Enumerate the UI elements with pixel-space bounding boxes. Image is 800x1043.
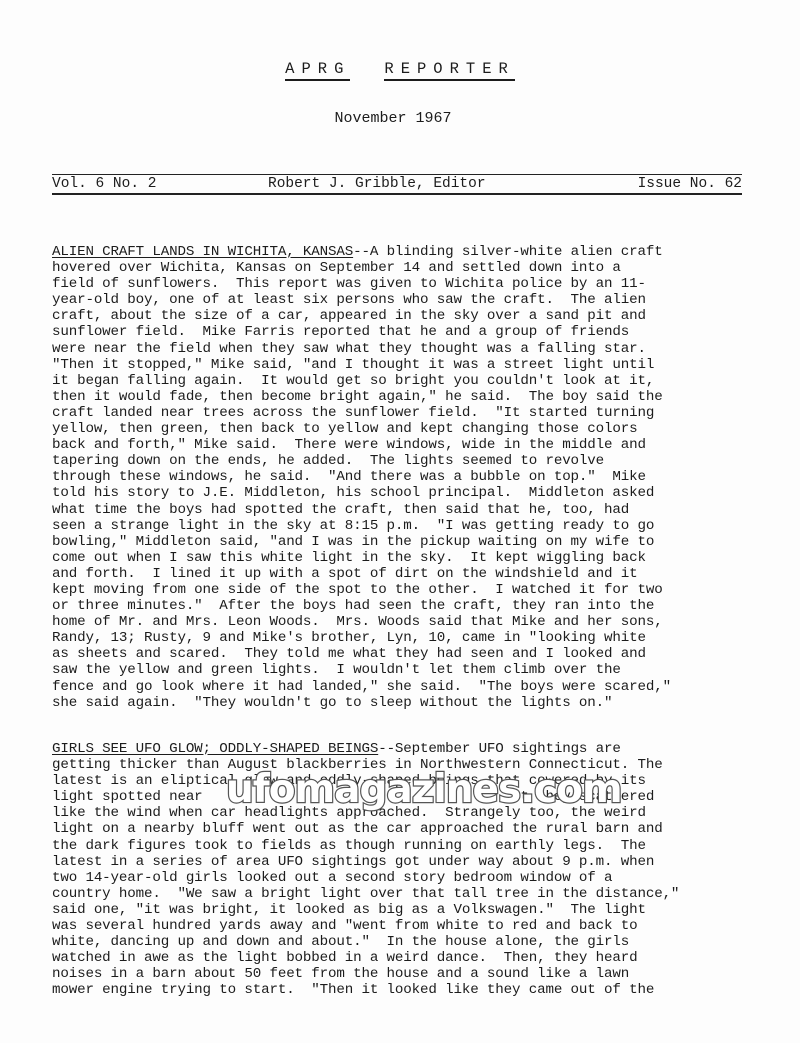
article-lead-text: --September UFO sightings are bbox=[378, 741, 621, 757]
article-line: sunflower field. Mike Farris reported th… bbox=[52, 324, 772, 340]
article-line: it began falling again. It would get so … bbox=[52, 373, 772, 389]
article-line: told his story to J.E. Middleton, his sc… bbox=[52, 485, 772, 501]
article-line: tapering down on the ends, he added. The… bbox=[52, 453, 772, 469]
article-line: craft landed near trees across the sunfl… bbox=[52, 405, 772, 421]
article-line: were near the field when they saw what t… bbox=[52, 341, 772, 357]
article-line: the dark figures took to fields as thoug… bbox=[52, 838, 772, 854]
article-lead-text: --A blinding silver-white alien craft bbox=[353, 244, 662, 260]
article-line: come out when I saw this white light in … bbox=[52, 550, 772, 566]
article-line: then it would fade, then become bright a… bbox=[52, 389, 772, 405]
article-line: "Then it stopped," Mike said, "and I tho… bbox=[52, 357, 772, 373]
watermark: ufomagazines.com bbox=[226, 770, 622, 809]
article-line: home of Mr. and Mrs. Leon Woods. Mrs. Wo… bbox=[52, 614, 772, 630]
issue-number: Issue No. 62 bbox=[638, 175, 742, 193]
article-line: was several hundred yards away and "went… bbox=[52, 918, 772, 934]
article-line: watched in awe as the light bobbed in a … bbox=[52, 950, 772, 966]
article-line: two 14-year-old girls looked out a secon… bbox=[52, 870, 772, 886]
article-line: hovered over Wichita, Kansas on Septembe… bbox=[52, 260, 772, 276]
article-line: through these windows, he said. "And the… bbox=[52, 469, 772, 485]
article-line: and forth. I lined it up with a spot of … bbox=[52, 566, 772, 582]
issue-date: November 1967 bbox=[0, 110, 786, 127]
volume-number: Vol. 6 No. 2 bbox=[52, 175, 156, 193]
article-line: craft, about the size of a car, appeared… bbox=[52, 308, 772, 324]
article-line: what time the boys had spotted the craft… bbox=[52, 502, 772, 518]
article-first-line: ALIEN CRAFT LANDS IN WICHITA, KANSAS--A … bbox=[52, 244, 772, 260]
article-headline: GIRLS SEE UFO GLOW; ODDLY-SHAPED BEINGS bbox=[52, 741, 378, 757]
article-line: country home. "We saw a bright light ove… bbox=[52, 886, 772, 902]
masthead-reporter: REPORTER bbox=[384, 60, 514, 81]
article-line: as sheets and scared. They told me what … bbox=[52, 646, 772, 662]
article-line: back and forth," Mike said. There were w… bbox=[52, 437, 772, 453]
article-line: fence and go look where it had landed," … bbox=[52, 679, 772, 695]
article-line: field of sunflowers. This report was giv… bbox=[52, 276, 772, 292]
article-line: seen a strange light in the sky at 8:15 … bbox=[52, 518, 772, 534]
article-line: bowling," Middleton said, "and I was in … bbox=[52, 534, 772, 550]
article-line: she said again. "They wouldn't go to sle… bbox=[52, 695, 772, 711]
article-line: white, dancing up and down and about." I… bbox=[52, 934, 772, 950]
article-line: saw the yellow and green lights. I would… bbox=[52, 662, 772, 678]
article-line: Randy, 13; Rusty, 9 and Mike's brother, … bbox=[52, 630, 772, 646]
article-line: noises in a barn about 50 feet from the … bbox=[52, 966, 772, 982]
article-line: said one, "it was bright, it looked as b… bbox=[52, 902, 772, 918]
article-line: mower engine trying to start. "Then it l… bbox=[52, 982, 772, 998]
article-line: yellow, then green, then back to yellow … bbox=[52, 421, 772, 437]
article-line: year-old boy, one of at least six person… bbox=[52, 292, 772, 308]
issue-info-bar: Vol. 6 No. 2 Robert J. Gribble, Editor I… bbox=[52, 174, 742, 195]
editor-credit: Robert J. Gribble, Editor bbox=[268, 175, 486, 193]
article-line: latest in a series of area UFO sightings… bbox=[52, 854, 772, 870]
masthead-title: APRGREPORTER bbox=[0, 60, 800, 78]
article-line: kept moving from one side of the spot to… bbox=[52, 582, 772, 598]
article-line: light on a nearby bluff went out as the … bbox=[52, 821, 772, 837]
article-headline: ALIEN CRAFT LANDS IN WICHITA, KANSAS bbox=[52, 244, 353, 260]
newsletter-page: APRGREPORTER November 1967 Vol. 6 No. 2 … bbox=[0, 0, 800, 1043]
article-wichita: ALIEN CRAFT LANDS IN WICHITA, KANSAS--A … bbox=[52, 244, 772, 711]
article-first-line: GIRLS SEE UFO GLOW; ODDLY-SHAPED BEINGS-… bbox=[52, 741, 772, 757]
article-line: or three minutes." After the boys had se… bbox=[52, 598, 772, 614]
masthead-aprg: APRG bbox=[285, 60, 350, 81]
